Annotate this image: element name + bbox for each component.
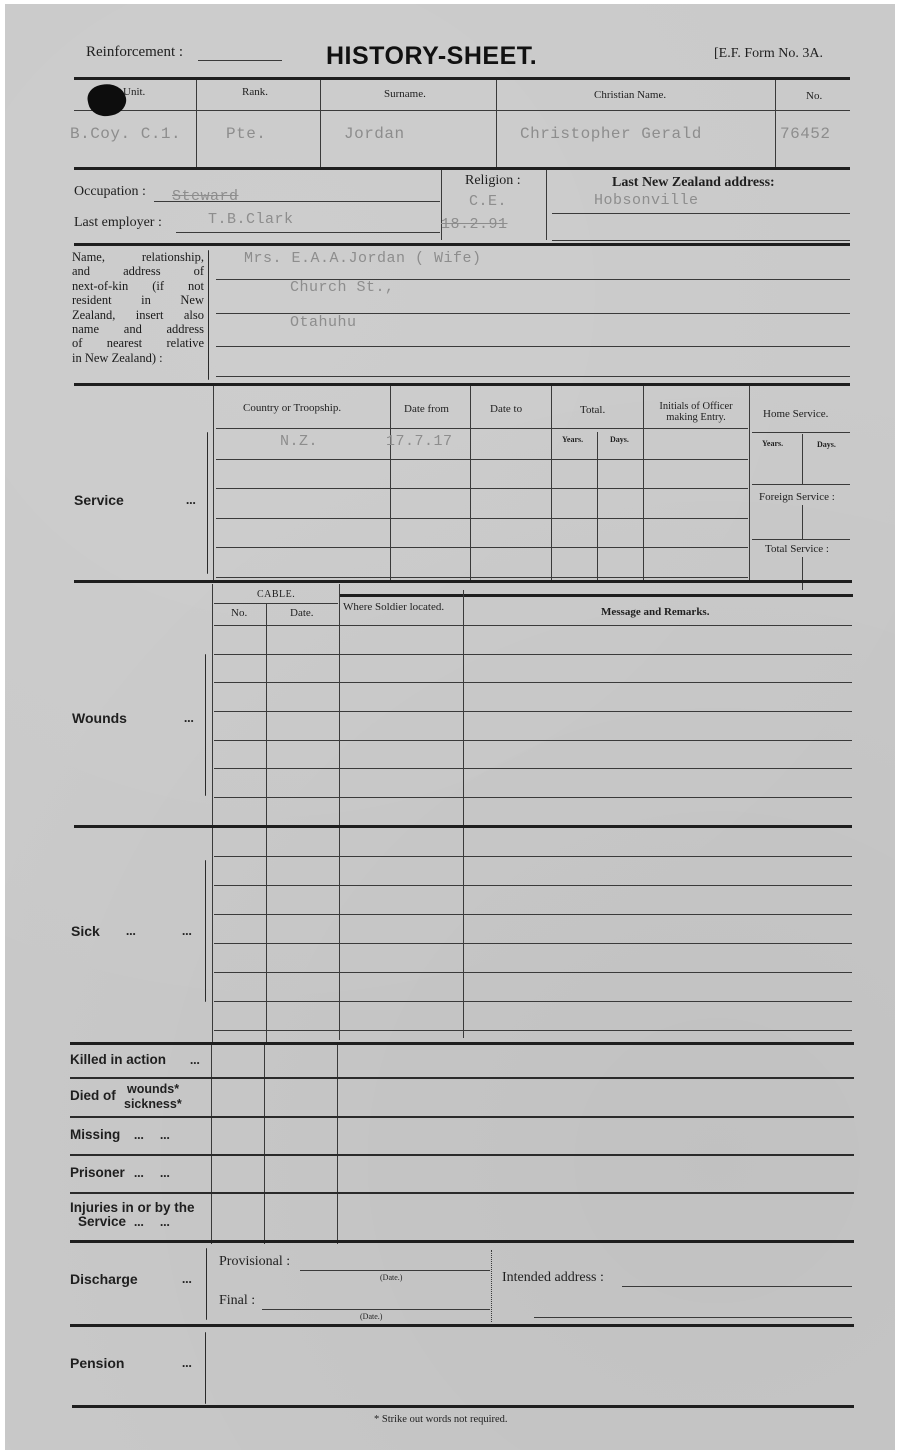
col-header-total: Total.: [580, 404, 605, 416]
occupation-label: Occupation :: [74, 184, 146, 200]
service-label: Service: [74, 492, 124, 508]
row-line: [214, 603, 338, 604]
brace: [205, 654, 206, 796]
date-hint: (Date.): [360, 1312, 382, 1321]
row-line: [214, 1001, 852, 1002]
row-line: [752, 432, 850, 433]
row-line: [216, 488, 748, 489]
nok-line: [216, 346, 850, 347]
row-line: [216, 577, 748, 578]
col-header-date-to: Date to: [490, 403, 522, 415]
died-of-label: Died of: [70, 1088, 116, 1103]
date-hint: (Date.): [380, 1273, 402, 1282]
brace: [206, 1248, 207, 1320]
religion-value[interactable]: C.E.: [469, 193, 507, 210]
occupation-value[interactable]: Steward: [172, 188, 239, 205]
brace: [205, 1332, 206, 1404]
col-divider: [211, 1044, 212, 1244]
col-divider: [470, 386, 471, 582]
injuries-label-2: Service: [78, 1214, 126, 1229]
col-divider: [802, 505, 803, 540]
reinforcement-label: Reinforcement :: [86, 44, 183, 61]
col-divider: [463, 590, 464, 1038]
divider: [74, 77, 850, 80]
col-divider: [597, 432, 598, 582]
religion-label: Religion :: [465, 173, 521, 189]
intended-address-field[interactable]: [622, 1286, 852, 1287]
divider: [74, 383, 850, 386]
divider: [74, 243, 850, 246]
col-divider: [212, 584, 213, 1044]
col-divider: [551, 386, 552, 582]
divider: [74, 580, 852, 583]
row-line: [214, 1030, 852, 1031]
col-divider: [802, 557, 803, 590]
nok-line: [216, 376, 850, 377]
status-dots: ... ...: [134, 1127, 170, 1143]
col-header-rank: Rank.: [242, 86, 268, 98]
divider: [70, 1240, 854, 1243]
row-line: [214, 856, 852, 857]
col-header-country: Country or Troopship.: [243, 402, 341, 414]
col-divider: [264, 1044, 265, 1244]
col-divider: [643, 386, 644, 582]
home-days-label: Days.: [817, 440, 836, 449]
cable-label: CABLE.: [257, 589, 295, 600]
col-divider: [491, 1250, 492, 1322]
row-line: [216, 428, 748, 429]
col-header-surname: Surname.: [384, 88, 426, 100]
address-line: [552, 213, 850, 214]
row-line: [214, 885, 852, 886]
next-of-kin-line-3[interactable]: Otahuhu: [290, 314, 357, 331]
divider: [70, 1192, 854, 1194]
col-header-date-from: Date from: [404, 403, 449, 415]
next-of-kin-label: Name, relationship, and address of next-…: [72, 250, 204, 365]
sick-label: Sick: [71, 923, 100, 939]
footnote: * Strike out words not required.: [374, 1414, 508, 1425]
died-wounds-option[interactable]: wounds*: [127, 1082, 179, 1096]
row-line: [214, 625, 852, 626]
col-divider: [337, 1044, 338, 1244]
final-label: Final :: [219, 1293, 255, 1309]
col-divider: [775, 80, 776, 167]
killed-in-action-label: Killed in action: [70, 1052, 166, 1067]
row-line: [214, 711, 852, 712]
next-of-kin-line-1[interactable]: Mrs. E.A.A.Jordan ( Wife): [244, 250, 482, 267]
col-header-christian-name: Christian Name.: [594, 89, 666, 101]
last-employer-label: Last employer :: [74, 215, 162, 231]
col-header-home-service: Home Service.: [763, 408, 828, 420]
location-label: Where Soldier located.: [343, 601, 444, 613]
divider: [74, 167, 850, 170]
row-line: [752, 539, 850, 540]
nz-address-label: Last New Zealand address:: [612, 175, 775, 191]
religion-date[interactable]: 18.2.91: [441, 216, 508, 233]
divider: [74, 825, 852, 828]
next-of-kin-line-2[interactable]: Church St.,: [290, 279, 395, 296]
document-title: HISTORY-SHEET.: [326, 42, 537, 71]
cable-date-label: Date.: [290, 607, 314, 619]
sick-dots: ...: [126, 923, 136, 939]
divider: [72, 1405, 854, 1408]
form-number: [E.F. Form No. 3A.: [714, 46, 823, 62]
last-employer-value[interactable]: T.B.Clark: [208, 211, 294, 228]
row-line: [214, 682, 852, 683]
divider: [70, 1324, 854, 1327]
col-divider: [196, 80, 197, 167]
pension-label: Pension: [70, 1355, 124, 1371]
col-divider: [320, 80, 321, 167]
wounds-dots: ...: [184, 710, 194, 726]
row-line: [214, 768, 852, 769]
provisional-date-field[interactable]: [300, 1270, 490, 1271]
occupation-line: [154, 201, 440, 202]
service-dots: ...: [186, 492, 196, 508]
brace: [205, 860, 206, 1002]
row-line: [216, 459, 748, 460]
pension-dots: ...: [182, 1355, 192, 1371]
foreign-service-label: Foreign Service :: [759, 491, 835, 503]
col-header-number: No.: [806, 90, 822, 102]
row-line: [216, 518, 748, 519]
divider: [70, 1154, 854, 1156]
row-line: [214, 972, 852, 973]
surname-value[interactable]: Jordan: [344, 125, 405, 143]
service-date-from-value[interactable]: 17.7.17: [386, 433, 453, 450]
intended-address-label: Intended address :: [502, 1270, 604, 1286]
col-header-days: Days.: [610, 435, 629, 444]
total-service-label: Total Service :: [765, 543, 829, 555]
col-header-unit: Unit.: [123, 86, 145, 98]
status-dots: ...: [190, 1052, 200, 1068]
brace: [208, 250, 209, 380]
col-divider: [749, 386, 750, 582]
col-divider: [496, 80, 497, 167]
remarks-label: Message and Remarks.: [601, 606, 709, 618]
divider: [339, 594, 853, 597]
sick-dots: ...: [182, 923, 192, 939]
col-header-years: Years.: [562, 435, 583, 444]
intended-address-field-2[interactable]: [534, 1317, 852, 1318]
col-divider: [213, 386, 214, 582]
wounds-label: Wounds: [72, 710, 127, 726]
col-divider: [802, 434, 803, 484]
row-line: [214, 797, 852, 798]
injuries-label: Injuries in or by the: [70, 1200, 195, 1215]
row-line: [752, 484, 850, 485]
prisoner-label: Prisoner: [70, 1165, 125, 1180]
last-employer-line: [176, 232, 440, 233]
rank-value[interactable]: Pte.: [226, 125, 266, 143]
unit-value[interactable]: B.Coy. C.1.: [70, 125, 181, 143]
reinforcement-field[interactable]: [198, 60, 282, 61]
service-number-value[interactable]: 76452: [780, 125, 831, 143]
col-divider: [546, 170, 547, 240]
divider: [70, 1116, 854, 1118]
status-dots: ... ...: [134, 1165, 170, 1181]
status-dots: ... ...: [134, 1214, 170, 1230]
divider: [74, 110, 850, 111]
col-header-initials: Initials of Officer making Entry.: [648, 401, 744, 423]
brace: [207, 432, 208, 574]
discharge-label: Discharge: [70, 1271, 138, 1287]
missing-label: Missing: [70, 1127, 120, 1142]
row-line: [214, 740, 852, 741]
row-line: [214, 654, 852, 655]
row-line: [216, 547, 748, 548]
service-country-value[interactable]: N.Z.: [280, 433, 318, 450]
provisional-label: Provisional :: [219, 1254, 290, 1270]
row-line: [214, 914, 852, 915]
col-divider: [390, 386, 391, 582]
divider: [70, 1042, 854, 1045]
home-years-label: Years.: [762, 439, 783, 448]
cable-no-label: No.: [231, 607, 247, 619]
col-divider: [266, 603, 267, 1043]
christian-name-value[interactable]: Christopher Gerald: [520, 125, 702, 143]
nz-address-value[interactable]: Hobsonville: [594, 192, 699, 209]
final-date-field[interactable]: [262, 1309, 490, 1310]
row-line: [214, 943, 852, 944]
died-sickness-option[interactable]: sickness*: [124, 1097, 182, 1111]
divider: [70, 1077, 854, 1079]
discharge-dots: ...: [182, 1271, 192, 1287]
address-line: [552, 240, 850, 241]
